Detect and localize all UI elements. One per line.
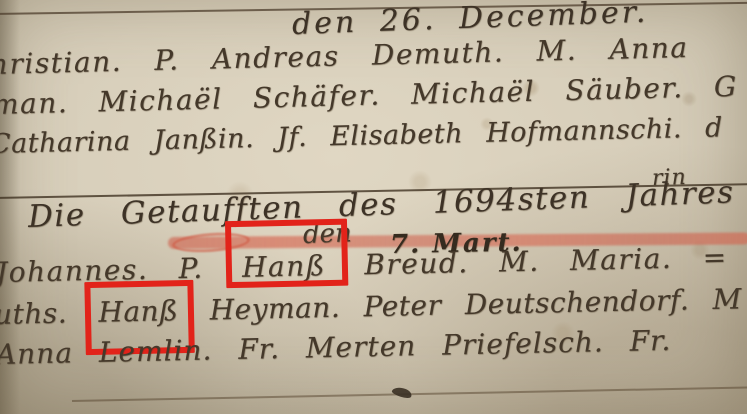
highlight-word-text: Hanß <box>242 249 327 284</box>
date-note-word: den <box>303 219 353 249</box>
highlighted-word-1: Hanß <box>242 251 326 284</box>
register-page-scan: den 26. December. hristian. P. Andreas D… <box>0 0 747 414</box>
highlight-word-text: Hanß <box>98 294 179 329</box>
line4-before-text: Johannes. P. <box>0 252 204 289</box>
highlighted-word-2: Hanß <box>98 296 178 328</box>
line5-before-text: uths. <box>0 296 67 331</box>
